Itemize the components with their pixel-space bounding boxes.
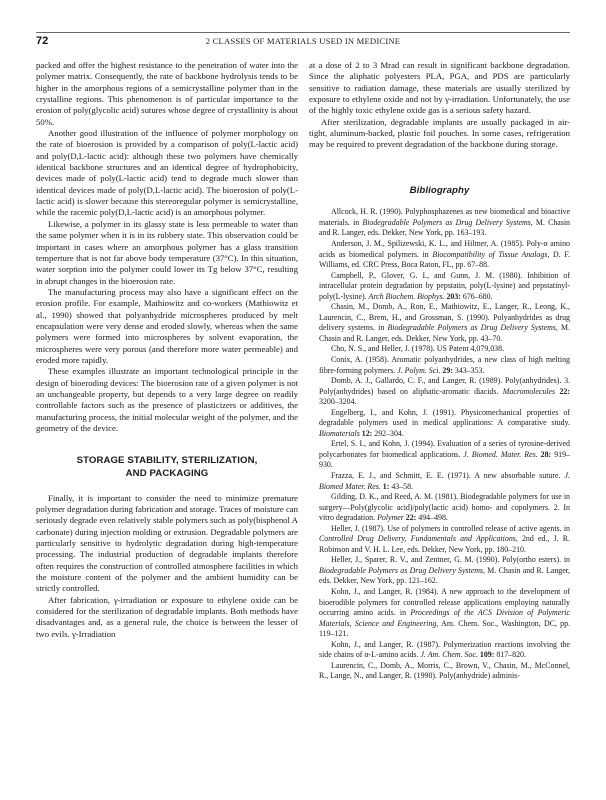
citation-source: Controlled Drug Delivery, Fundamentals a… — [319, 534, 518, 543]
body-paragraph: The manufacturing process may also have … — [36, 287, 298, 366]
citation-volume: 22: — [404, 513, 417, 522]
citation-pages: 3200–3204. — [319, 397, 356, 406]
citation-source: Biocompatibility of Tissue Analogs, — [432, 250, 549, 259]
citation-pages: 676–680. — [461, 292, 493, 301]
citation-pages: 494–498. — [416, 513, 448, 522]
bibliography-entry: Frazza, E. J., and Schmitt, E. E. (1971)… — [309, 471, 570, 492]
bibliography-entry: Cho, N. S., and Heller, J. (1978). US Pa… — [309, 344, 570, 355]
bibliography-entry: Engelberg, I., and Kohn, J. (1991). Phys… — [309, 408, 570, 440]
section-heading-line: AND PACKAGING — [36, 468, 298, 481]
bibliography-list: Allcock, H. R. (1990). Polyphosphazenes … — [309, 207, 570, 682]
citation-source: Macromolecules — [503, 387, 555, 396]
header-rule — [36, 32, 570, 33]
bibliography-entry: Kohn, J., and Langer, R. (1987). Polymer… — [309, 640, 570, 661]
citation-text: Frazza, E. J., and Schmitt, E. E. (1971)… — [331, 471, 565, 480]
bibliography-entry: Kohn, J., and Langer, R. (1984). A new a… — [309, 587, 570, 640]
bibliography-entry: Allcock, H. R. (1990). Polyphosphazenes … — [309, 207, 570, 239]
citation-source: Biodegradable Polymers as Drug Delivery … — [362, 218, 532, 227]
citation-source: J. Polym. Sci. — [397, 366, 440, 375]
body-paragraph: These examples illustrate an important t… — [36, 366, 298, 434]
citation-volume: 29: — [440, 366, 453, 375]
citation-text: Heller, J., Sparer, R. V., and Zentner, … — [331, 555, 570, 564]
citation-pages: 817–820. — [494, 650, 526, 659]
body-paragraph: at a dose of 2 to 3 Mrad can result in s… — [309, 60, 570, 117]
citation-source: Biomaterials — [319, 429, 360, 438]
section-heading-line: STORAGE STABILITY, STERILIZATION, — [36, 455, 298, 468]
bibliography-entry: Gilding, D. K., and Reed, A. M. (1981). … — [309, 492, 570, 524]
citation-text: Laurencin, C., Domb, A., Morris, C., Bro… — [319, 661, 570, 681]
bibliography-entry: Conix, A. (1958). Aromatic polyanhydride… — [309, 355, 570, 376]
body-paragraph: packed and offer the highest resistance … — [36, 60, 298, 128]
citation-text: Engelberg, I., and Kohn, J. (1991). Phys… — [319, 408, 570, 428]
citation-volume: 203: — [445, 292, 461, 301]
bibliography-entry: Heller, J. (1987). Use of polymers in co… — [309, 524, 570, 556]
citation-source: Polymer — [377, 513, 404, 522]
bibliography-entry: Domb, A. J., Gallardo, C. F., and Langer… — [309, 376, 570, 408]
bibliography-entry: Anderson, J. M., Spilizewski, K. L., and… — [309, 239, 570, 271]
running-head: 2 CLASSES OF MATERIALS USED IN MEDICINE — [0, 36, 606, 46]
citation-volume: 109: — [478, 650, 494, 659]
body-paragraph: After sterilization, degradable implants… — [309, 117, 570, 151]
citation-source: J. Biomed. Mater. Res. — [463, 450, 537, 459]
section-heading-storage: STORAGE STABILITY, STERILIZATION, AND PA… — [36, 455, 298, 480]
bibliography-entry: Ertel, S. I., and Kohn, J. (1994). Evalu… — [309, 439, 570, 471]
bibliography-entry: Chasin, M., Domb, A., Ron, E., Mathiowit… — [309, 302, 570, 344]
right-column: at a dose of 2 to 3 Mrad can result in s… — [309, 60, 570, 682]
citation-source: J. Am. Chem. Soc. — [420, 650, 478, 659]
bibliography-heading: Bibliography — [309, 185, 570, 198]
body-paragraph: Finally, it is important to consider the… — [36, 493, 298, 595]
citation-volume: 12: — [360, 429, 373, 438]
citation-volume: 22: — [555, 387, 570, 396]
citation-pages: 292–304. — [372, 429, 404, 438]
citation-text: Heller, J. (1987). Use of polymers in co… — [331, 524, 570, 533]
bibliography-entry: Campbell, P., Glover, G. I., and Gunn, J… — [309, 271, 570, 303]
citation-volume: 28: — [538, 450, 552, 459]
bibliography-entry: Heller, J., Sparer, R. V., and Zentner, … — [309, 555, 570, 587]
citation-pages: 343–353. — [453, 366, 485, 375]
citation-source: Arch Biochem. Biophys. — [369, 292, 445, 301]
body-paragraph: Likewise, a polymer in its glassy state … — [36, 219, 298, 287]
citation-source: Biodegradable Polymers as Drug Delivery … — [387, 323, 557, 332]
citation-text: Cho, N. S., and Heller, J. (1978). US Pa… — [331, 344, 504, 353]
citation-source: Biodegradable Polymers as Drug Delivery … — [319, 566, 485, 575]
body-paragraph: Another good illustration of the influen… — [36, 128, 298, 219]
citation-pages: 43–58. — [389, 482, 413, 491]
body-paragraph: After fabrication, γ-irradiation or expo… — [36, 595, 298, 640]
left-column: packed and offer the highest resistance … — [36, 60, 298, 640]
bibliography-entry: Laurencin, C., Domb, A., Morris, C., Bro… — [309, 661, 570, 682]
